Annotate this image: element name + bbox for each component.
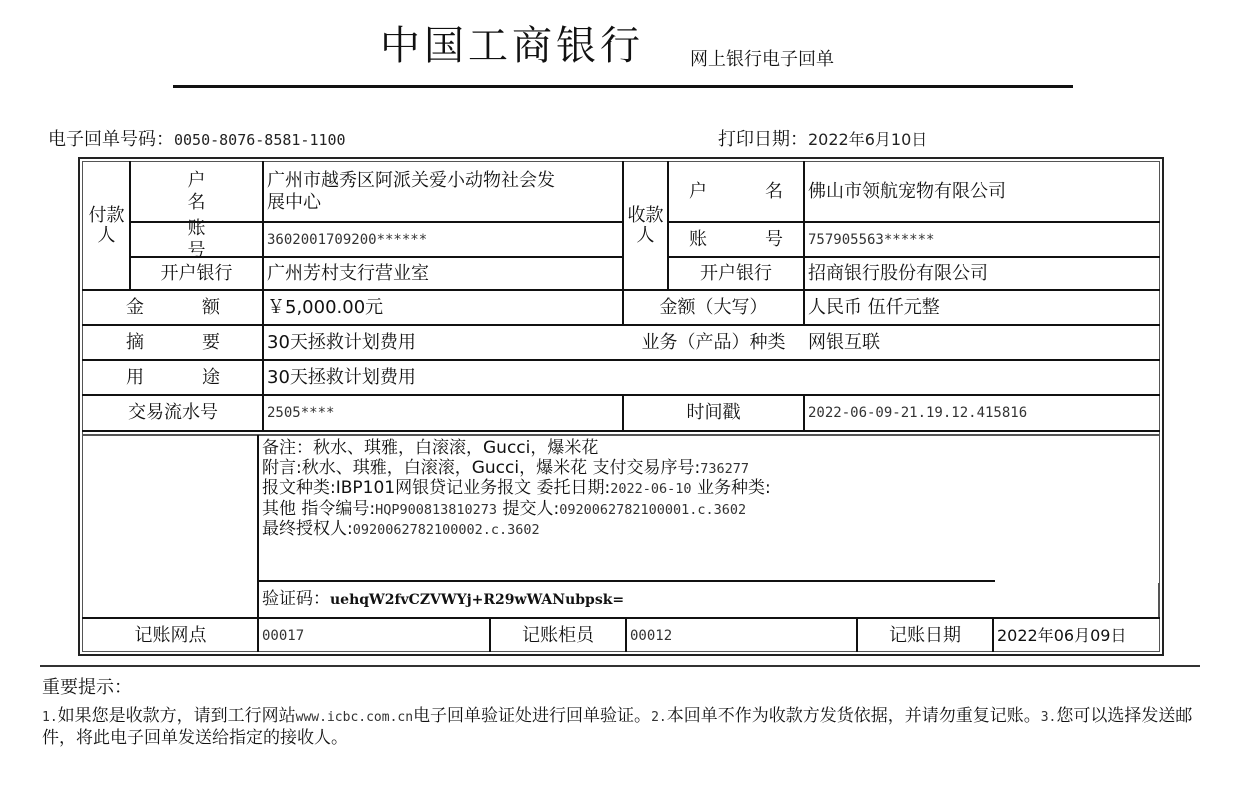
- remark-postscript-line: 附言:秋水、琪雅，白滚滚，Gucci，爆米花 支付交易序号:736277: [262, 459, 1002, 480]
- bank-name-title: 中国工商银行: [380, 22, 644, 70]
- payer-name-value: 广州市越秀区阿派关爱小动物社会发 展中心: [264, 163, 622, 221]
- receipt-number-value: 0050-8076-8581-1100: [174, 131, 346, 149]
- remark-instruction-line: 其他 指令编号:HQP900813810273 提交人:092006278210…: [262, 500, 1002, 521]
- verification-code-value: uehqW2fvCZVWYj+R29wWANubpsk=: [330, 592, 624, 608]
- booking-date-value: 2022年06月09日: [994, 619, 1160, 652]
- instr-no-label: 指令编号:: [301, 499, 375, 519]
- remark-note-label: 备注：: [262, 438, 313, 458]
- payer-group-text: 付款人: [85, 206, 129, 246]
- pay-seq-label: 支付交易序号:: [593, 458, 701, 478]
- print-date: 打印日期：2022年6月10日: [718, 128, 927, 152]
- payee-bank-label: 开户银行: [669, 258, 803, 289]
- notice-text: 1.如果您是收款方，请到工行网站www.icbc.com.cn电子回单验证处进行…: [42, 706, 1212, 749]
- payee-account-label: 账 号: [669, 223, 803, 256]
- entrust-date-label: 委托日期:: [537, 478, 611, 498]
- payee-group-label: 收款人: [624, 163, 667, 289]
- icbc-website-link[interactable]: www.icbc.com.cn: [296, 710, 413, 725]
- document-type-subtitle: 网上银行电子回单: [690, 48, 834, 72]
- payer-account-value: 3602001709200******: [264, 223, 622, 256]
- entrust-date-value: 2022-06-10: [610, 481, 691, 497]
- divider: [1158, 583, 1160, 617]
- notice-3-number: 3.: [1041, 710, 1057, 725]
- print-date-label: 打印日期：: [718, 129, 808, 150]
- serial-value: 2505****: [264, 396, 622, 430]
- payer-name-line1: 广州市越秀区阿派关爱小动物社会发: [267, 170, 555, 192]
- timestamp-label: 时间戳: [624, 396, 803, 430]
- payee-group-text: 收款人: [625, 206, 667, 246]
- amount-label: 金 额: [84, 291, 262, 324]
- title-divider: [173, 85, 1073, 88]
- summary-label: 摘 要: [84, 326, 262, 359]
- remark-note-value: 秋水、琪雅，白滚滚，Gucci，爆米花: [313, 438, 598, 458]
- booking-branch-value: 00017: [259, 619, 489, 652]
- payer-name-line2: 展中心: [267, 192, 321, 214]
- submitter-label: 提交人:: [502, 499, 559, 519]
- msg-type-label: 报文种类:: [262, 478, 336, 498]
- payee-name-value: 佛山市领航宠物有限公司: [805, 163, 1160, 221]
- business-type-label: 业务（产品）种类: [624, 326, 803, 359]
- booking-teller-value: 00012: [627, 619, 856, 652]
- remarks-block: 备注：秋水、琪雅，白滚滚，Gucci，爆米花 附言:秋水、琪雅，白滚滚，Gucc…: [262, 439, 1002, 541]
- notice-title: 重要提示：: [42, 676, 132, 700]
- postscript-label: 附言:: [262, 458, 302, 478]
- notice-1-text-b: 电子回单验证处进行回单验证。: [413, 706, 651, 726]
- payee-name-label: 户 名: [669, 163, 803, 221]
- purpose-label: 用 途: [84, 361, 262, 394]
- print-date-value: 2022年6月10日: [808, 130, 927, 149]
- business-type-value: 网银互联: [805, 326, 1160, 359]
- payee-account-value: 757905563******: [805, 223, 1160, 256]
- notice-2-number: 2.: [651, 710, 667, 725]
- notice-divider: [40, 665, 1200, 667]
- msg-type-value: IBP101网银贷记业务报文: [336, 478, 531, 498]
- notice-1-text-a: 如果您是收款方，请到工行网站: [58, 706, 296, 726]
- submitter-value: 0920062782100001.c.3602: [559, 502, 746, 518]
- payee-bank-value: 招商银行股份有限公司: [805, 258, 1160, 289]
- payer-bank-value: 广州芳村支行营业室: [264, 258, 622, 289]
- remark-msgtype-line: 报文种类:IBP101网银贷记业务报文 委托日期:2022-06-10 业务种类…: [262, 479, 1002, 500]
- amount-value: ￥5,000.00元: [264, 291, 622, 324]
- notice-1-number: 1.: [42, 710, 58, 725]
- payer-name-label: 户 名: [131, 163, 262, 221]
- amount-upper-value: 人民币 伍仟元整: [805, 291, 1160, 324]
- instr-no-value: HQP900813810273: [375, 502, 497, 518]
- serial-label: 交易流水号: [84, 396, 262, 430]
- biz-kind-label: 业务种类:: [697, 478, 771, 498]
- receipt-number-label: 电子回单号码：: [48, 129, 174, 150]
- biz-kind-value: 其他: [262, 499, 296, 519]
- verification-code: 验证码：uehqW2fvCZVWYj+R29wWANubpsk=: [262, 588, 624, 611]
- timestamp-value: 2022-06-09-21.19.12.415816: [805, 396, 1160, 430]
- notice-2-text: 本回单不作为收款方发货依据，并请勿重复记账。: [667, 706, 1041, 726]
- payer-group-label: 付款人: [84, 163, 129, 289]
- amount-upper-label: 金额（大写）: [624, 291, 803, 324]
- pay-seq-value: 736277: [700, 461, 749, 477]
- booking-branch-label: 记账网点: [84, 619, 257, 652]
- final-auth-value: 0920062782100002.c.3602: [353, 522, 540, 538]
- divider: [258, 580, 995, 582]
- final-auth-label: 最终授权人:: [262, 519, 353, 539]
- booking-teller-label: 记账柜员: [491, 619, 625, 652]
- payer-account-label: 账 号: [131, 223, 262, 256]
- booking-date-label: 记账日期: [858, 619, 992, 652]
- payer-bank-label: 开户银行: [131, 258, 262, 289]
- postscript-value: 秋水、琪雅，白滚滚，Gucci，爆米花: [302, 458, 587, 478]
- purpose-value: 30天拯救计划费用: [264, 361, 1160, 394]
- receipt-number: 电子回单号码：0050-8076-8581-1100: [48, 128, 346, 152]
- divider: [82, 430, 1160, 432]
- verification-code-label: 验证码：: [262, 589, 330, 609]
- divider: [82, 434, 1160, 436]
- remark-final-auth-line: 最终授权人:0920062782100002.c.3602: [262, 520, 1002, 541]
- summary-value: 30天拯救计划费用: [264, 326, 622, 359]
- remark-note-line: 备注：秋水、琪雅，白滚滚，Gucci，爆米花: [262, 439, 1002, 459]
